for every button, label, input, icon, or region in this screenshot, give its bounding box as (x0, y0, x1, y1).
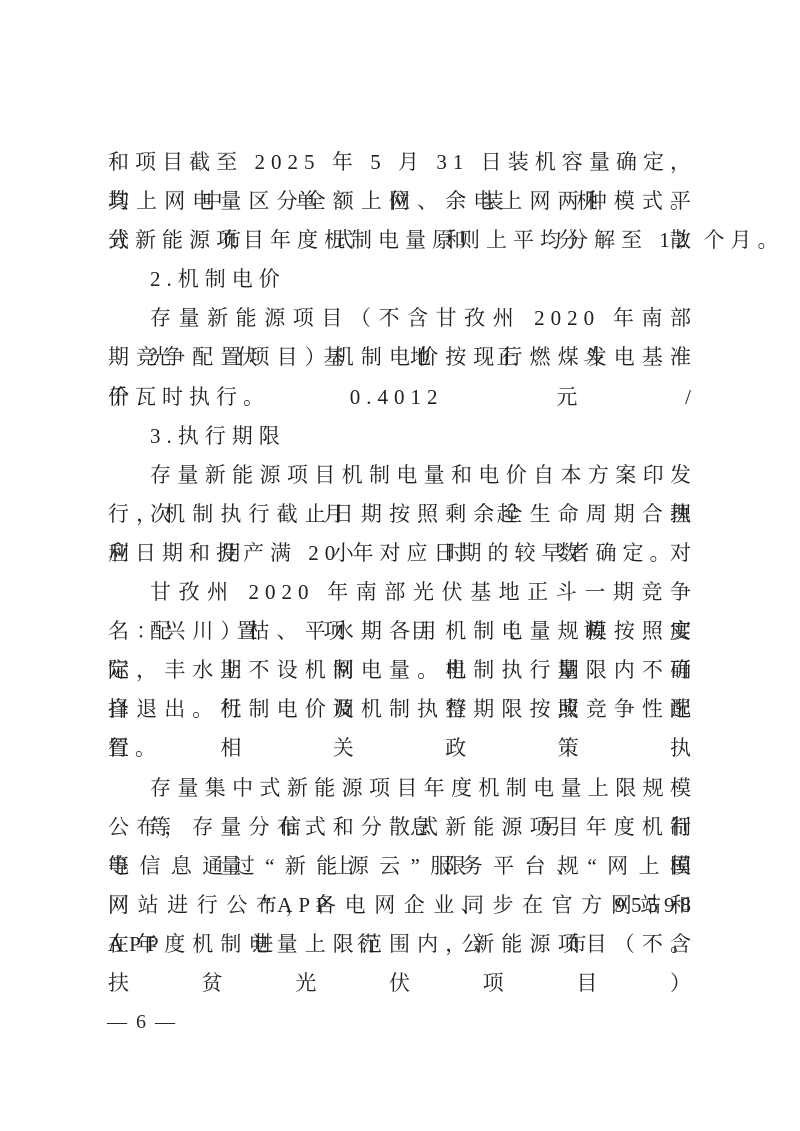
text-line: 等信息通过“新能源云”服务平台、“网上国网”APP、95598 (108, 847, 697, 886)
text-line: 公布，存量分布式和分散式新能源项目年度机制电量上限规模 (108, 808, 697, 847)
text-line: 期竞争配置项目）机制电价按现行燃煤发电基准价 0.4012 元/ (108, 338, 697, 377)
text-line: 网站进行公布，各电网企业同步在官方网站和 APP 进行公布。 (108, 886, 697, 925)
text-line: 存量新能源项目（不含甘孜州 2020 年南部光伏基地正斗一 (108, 299, 697, 338)
text-line: 甘孜州 2020 年南部光伏基地正斗一期竞争配置项目（调度 (108, 573, 697, 612)
text-line: 在年度机制电量上限范围内，新能源项目（不含扶贫光伏项目） (108, 925, 697, 964)
text-line: 应日期和投产满 20 年对应日期的较早者确定。 (108, 534, 697, 573)
text-line: 和项目截至 2025 年 5 月 31 日装机容量确定，其中单位装机平 (108, 143, 697, 182)
text-line: 行，机制执行截止日期按照剩余全生命周期合理利用小时数对 (108, 495, 697, 534)
text-line: 择退出。机制电价及机制执行期限按照竞争性配置相关政策执 (108, 690, 697, 729)
text-line: 式新能源项目年度机制电量原则上平均分解至 12 个月。 (108, 221, 697, 260)
text-column: 和项目截至 2025 年 5 月 31 日装机容量确定，其中单位装机平均上网电量… (108, 143, 697, 964)
text-line: 存量集中式新能源项目年度机制电量上限规模等信息另行 (108, 769, 697, 808)
text-line: 存量新能源项目机制电量和电价自本方案印发次月起执 (108, 456, 697, 495)
section-heading: 2.机制电价 (108, 260, 697, 299)
page-number: — 6 — (107, 1010, 177, 1034)
document-page: 和项目截至 2025 年 5 月 31 日装机容量确定，其中单位装机平均上网电量… (0, 0, 800, 1131)
text-line: 名：兴川）枯、平水期各月机制电量规模按照实际上网电量确 (108, 612, 697, 651)
section-heading: 3.执行期限 (108, 417, 697, 456)
text-line: 定，丰水期不设机制电量。机制执行期限内不可自行调整或选 (108, 651, 697, 690)
text-line: 均上网电量区分全额上网、余电上网两种模式。分布式和分散 (108, 182, 697, 221)
